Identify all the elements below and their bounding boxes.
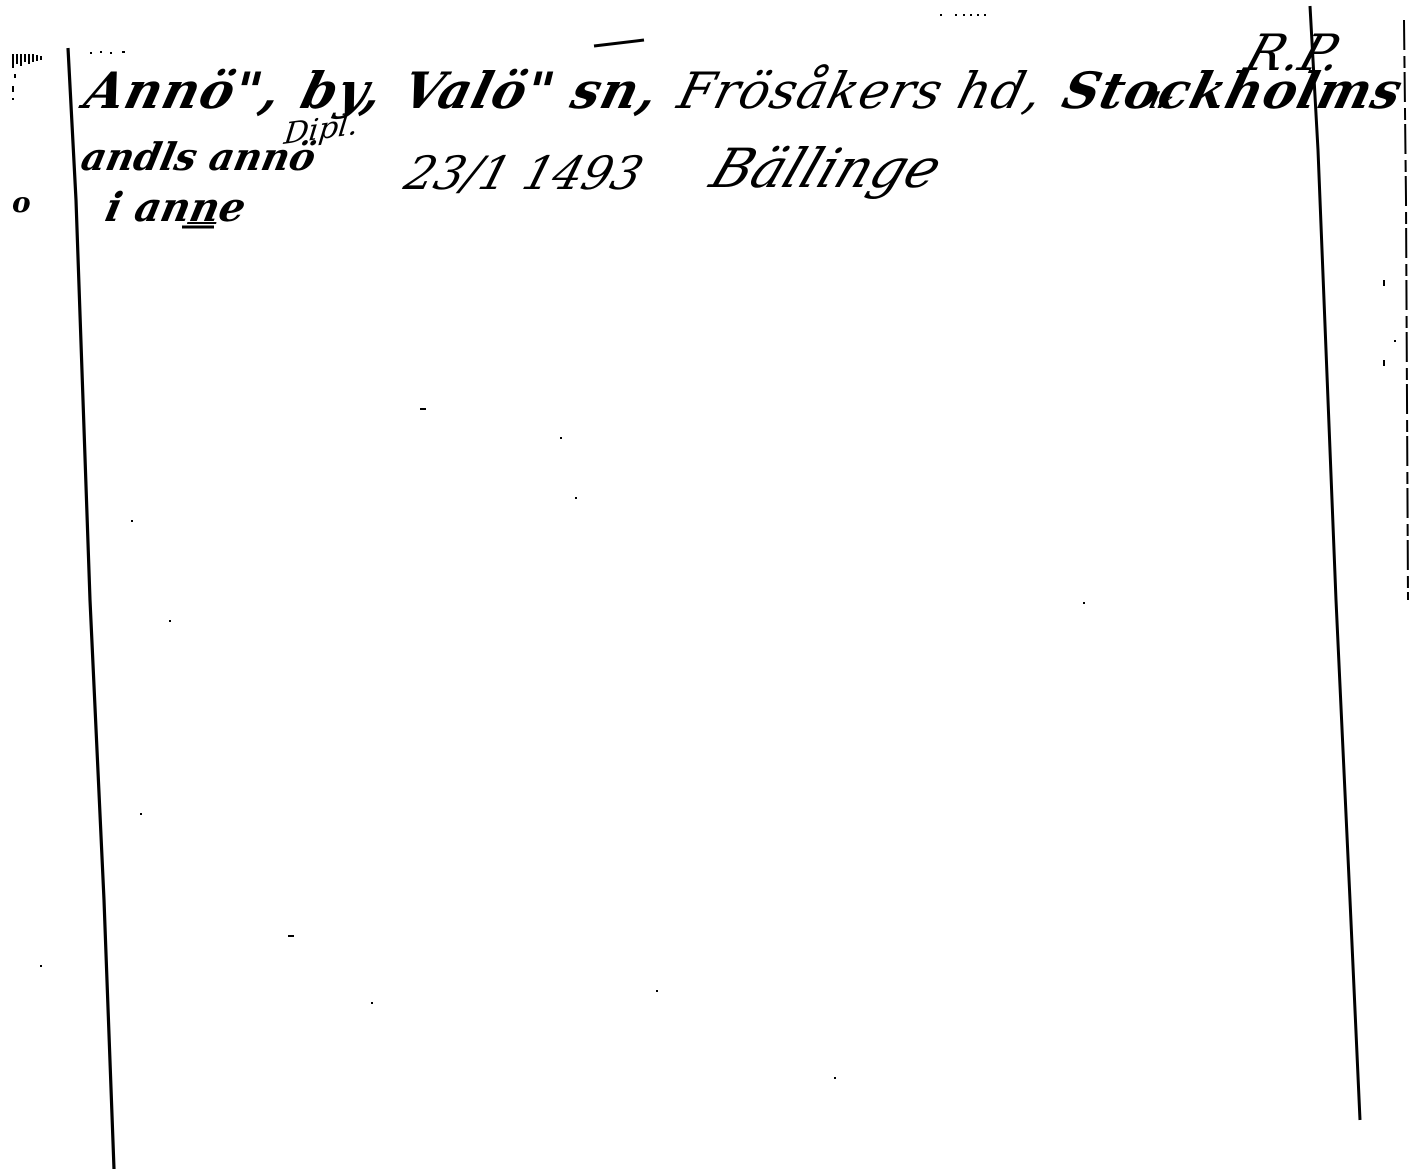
record-source: Bällinge [704,142,949,196]
card-edge-rule [1404,20,1408,600]
signature-initials: R.P. [1239,24,1351,82]
form-value-prefix: i an [101,184,195,231]
heading-county: Stockholms [1057,61,1409,120]
record-date: 23/1 1493 [400,150,648,196]
form-value: i anne [102,188,249,228]
heading-place-name: Annö", [79,61,288,120]
right-margin-rule [1310,6,1360,1120]
index-card: o Annö",by,Valö" sn,Frösåkers hd,Stockho… [0,0,1413,1169]
heading-parish: Valö" sn, [397,61,665,120]
heading-district: Frösåkers hd, [672,62,1049,120]
card-heading: Annö",by,Valö" sn,Frösåkers hd,Stockholm… [80,66,1408,116]
margin-mark: o [12,186,31,219]
